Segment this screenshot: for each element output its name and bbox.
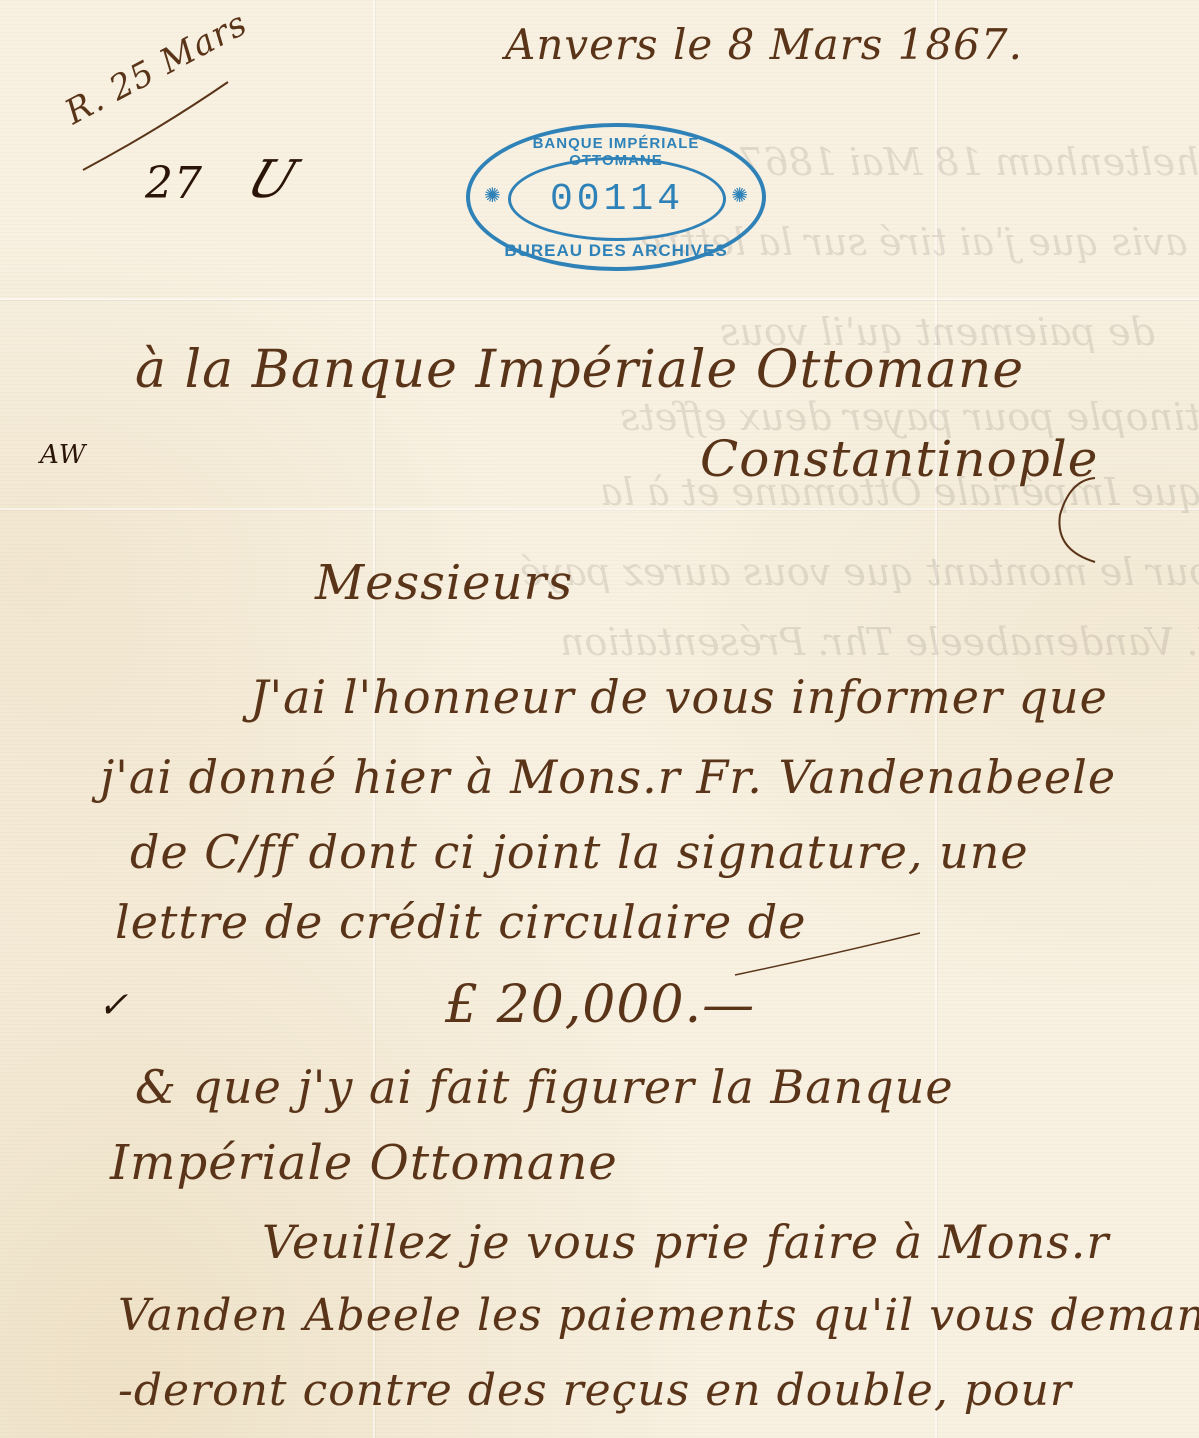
- place-date: Anvers le 8 Mars 1867.: [505, 20, 1023, 69]
- star-icon: ✺: [484, 183, 501, 207]
- stamp-inner-ring: 00114: [508, 157, 726, 241]
- left-margin-mark: AW: [40, 440, 86, 470]
- body-line: Vanden Abeele les paiements qu'il vous d…: [118, 1290, 1199, 1341]
- recipient-flourish: [1040, 470, 1110, 570]
- credit-amount: £ 20,000.—: [445, 975, 755, 1035]
- stamp-department: BUREAU DES ARCHIVES: [500, 241, 732, 261]
- archive-stamp: BANQUE IMPÉRIALE OTTOMANE ✺ ✺ 00114 BURE…: [466, 123, 766, 271]
- body-line: & que j'y ai fait figurer la Banque: [135, 1060, 954, 1114]
- fold-line-horizontal: [0, 298, 1199, 300]
- line-flourish: [730, 925, 930, 985]
- salutation: Messieurs: [315, 555, 573, 611]
- check-mark: ✓: [98, 985, 129, 1026]
- recipient-line-1: à la Banque Impériale Ottomane: [135, 340, 1024, 400]
- reference-number: 27: [145, 158, 203, 209]
- recipient-line-2: Constantinople: [700, 430, 1098, 488]
- body-line: Impériale Ottomane: [110, 1135, 618, 1191]
- body-line: Veuillez je vous prie faire à Mons.r: [262, 1215, 1109, 1269]
- star-icon: ✺: [731, 183, 748, 207]
- body-line: de C/ff dont ci joint la signature, une: [130, 825, 1029, 879]
- body-line: j'ai donné hier à Mons.r Fr. Vandenabeel…: [100, 750, 1116, 804]
- body-line: J'ai l'honneur de vous informer que: [250, 670, 1108, 724]
- stamp-archive-number: 00114: [511, 178, 723, 221]
- body-line: -deront contre des reçus en double, pour: [118, 1365, 1072, 1416]
- body-line: lettre de crédit circulaire de: [115, 895, 806, 949]
